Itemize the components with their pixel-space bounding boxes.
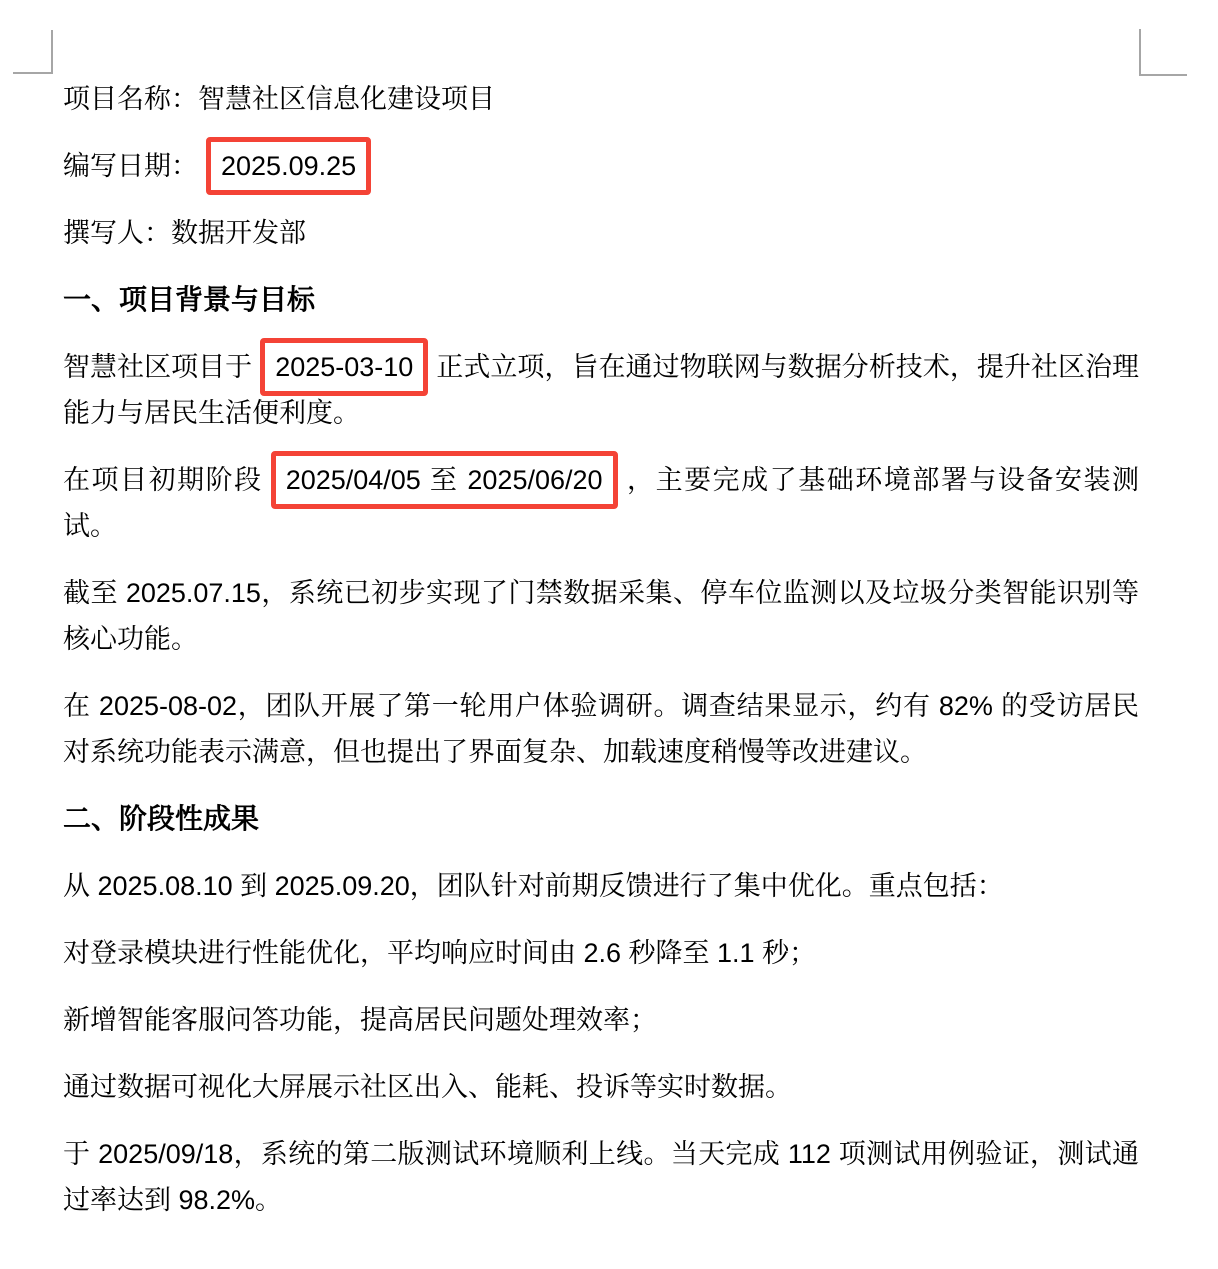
date-highlight-box: 2025/04/05 至 2025/06/20 [271, 451, 618, 509]
document-content[interactable]: 项目名称：智慧社区信息化建设项目编写日期：2025.09.25撰写人：数据开发部… [63, 76, 1139, 1244]
text-segment: 智慧社区项目于 [63, 352, 252, 382]
paragraph: 从 2025.08.10 到 2025.09.20，团队针对前期反馈进行了集中优… [63, 863, 1139, 909]
page-margin-mark-top-right-icon [1139, 29, 1187, 76]
date-highlight-box: 2025.09.25 [206, 137, 371, 195]
paragraph: 编写日期：2025.09.25 [63, 143, 1139, 189]
paragraph: 对登录模块进行性能优化，平均响应时间由 2.6 秒降至 1.1 秒； [63, 930, 1139, 976]
paragraph: 于 2025/09/18，系统的第二版测试环境顺利上线。当天完成 112 项测试… [63, 1131, 1139, 1223]
text-segment: 一、项目背景与目标 [63, 284, 315, 315]
text-segment: 二、阶段性成果 [63, 803, 259, 834]
paragraph: 截至 2025.07.15，系统已初步实现了门禁数据采集、停车位监测以及垃圾分类… [63, 570, 1139, 662]
text-segment: 截至 2025.07.15，系统已初步实现了门禁数据采集、停车位监测以及垃圾分类… [63, 578, 1139, 654]
date-highlight-box: 2025-03-10 [260, 338, 428, 396]
text-segment: 通过数据可视化大屏展示社区出入、能耗、投诉等实时数据。 [63, 1072, 792, 1102]
paragraph: 通过数据可视化大屏展示社区出入、能耗、投诉等实时数据。 [63, 1064, 1139, 1110]
text-segment: 项目名称：智慧社区信息化建设项目 [63, 84, 495, 114]
paragraph: 项目名称：智慧社区信息化建设项目 [63, 76, 1139, 122]
text-segment: 在 2025-08-02，团队开展了第一轮用户体验调研。调查结果显示，约有 82… [63, 691, 1139, 767]
text-segment: 撰写人：数据开发部 [63, 218, 306, 248]
text-segment: 新增智能客服问答功能，提高居民问题处理效率； [63, 1005, 657, 1035]
text-segment: 在项目初期阶段 [63, 465, 263, 495]
section-heading: 一、项目背景与目标 [63, 277, 1139, 323]
text-segment: 于 2025/09/18，系统的第二版测试环境顺利上线。当天完成 112 项测试… [63, 1139, 1139, 1215]
text-segment: 编写日期： [63, 151, 198, 181]
page-margin-mark-top-left-icon [13, 30, 53, 74]
paragraph: 智慧社区项目于2025-03-10正式立项，旨在通过物联网与数据分析技术，提升社… [63, 344, 1139, 436]
paragraph: 在 2025-08-02，团队开展了第一轮用户体验调研。调查结果显示，约有 82… [63, 683, 1139, 775]
paragraph: 撰写人：数据开发部 [63, 210, 1139, 256]
text-segment: 从 2025.08.10 到 2025.09.20，团队针对前期反馈进行了集中优… [63, 871, 1004, 901]
text-segment: 对登录模块进行性能优化，平均响应时间由 2.6 秒降至 1.1 秒； [63, 938, 816, 968]
section-heading: 二、阶段性成果 [63, 796, 1139, 842]
document-page: 项目名称：智慧社区信息化建设项目编写日期：2025.09.25撰写人：数据开发部… [0, 0, 1218, 1269]
paragraph: 在项目初期阶段2025/04/05 至 2025/06/20，主要完成了基础环境… [63, 457, 1139, 549]
paragraph: 新增智能客服问答功能，提高居民问题处理效率； [63, 997, 1139, 1043]
